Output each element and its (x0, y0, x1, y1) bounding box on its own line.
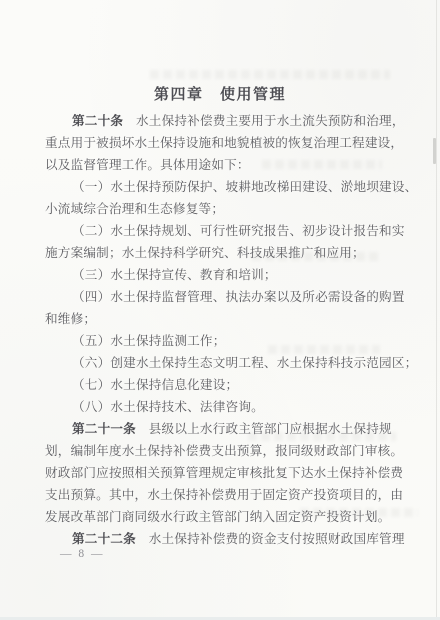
line-text: （六）创建水土保持生态文明工程、水土保持科技示范园区； (72, 356, 417, 370)
article-number-label: 第二十条 (72, 114, 123, 128)
text-line: 财政部门应按照相关预算管理规定审核批复下达水土保持补偿费 (45, 462, 401, 484)
text-line: （五）水土保持监测工作； (45, 330, 401, 352)
text-line: 第二十二条 水土保持补偿费的资金支付按照财政国库管理 (45, 528, 401, 550)
chapter-heading: 第四章 使用管理 (0, 83, 440, 104)
text-line: （四）水土保持监督管理、执法办案以及所必需设备的购置 (45, 286, 401, 308)
text-line: 以及监督管理工作。具体用途如下： (45, 154, 401, 176)
line-text: 以及监督管理工作。具体用途如下： (45, 158, 250, 172)
line-text: 县级以上水行政主管部门应根据水土保持规 (136, 422, 392, 436)
scan-edge-artifact (433, 138, 436, 164)
scan-edge-line (436, 0, 437, 617)
text-line: （八）水土保持技术、法律咨询。 (45, 396, 401, 418)
text-line: 施方案编制；水土保持科学研究、科技成果推广和应用； (45, 242, 401, 264)
line-text: 支出预算。其中，水土保持补偿费用于固定资产投资项目的，由 (45, 488, 403, 502)
text-block: 第二十条 水土保持补偿费主要用于水土流失预防和治理， 重点用于被损坏水土保持设施… (45, 110, 401, 550)
text-line: 发展改革部门商同级水行政主管部门纳入固定资产投资计划。 (45, 506, 401, 528)
line-text: （一）水土保持预防保护、坡耕地改梯田建设、淤地坝建设、 (72, 180, 417, 194)
text-line: （二）水土保持规划、可行性研究报告、初步设计报告和实 (45, 220, 401, 242)
ink-bleed-artifact (150, 70, 390, 79)
line-text: 重点用于被损坏水土保持设施和地貌植被的恢复治理工程建设， (45, 136, 403, 150)
line-text: （二）水土保持规划、可行性研究报告、初步设计报告和实 (72, 224, 405, 238)
article-number-label: 第二十一条 (72, 422, 136, 436)
text-line: 小流域综合治理和生态修复等； (45, 198, 401, 220)
text-line: （一）水土保持预防保护、坡耕地改梯田建设、淤地坝建设、 (45, 176, 401, 198)
line-text: 小流域综合治理和生态修复等； (45, 202, 224, 216)
line-text: （四）水土保持监督管理、执法办案以及所必需设备的购置 (72, 290, 405, 304)
page-number: — 8 — (60, 548, 105, 560)
line-text: （七）水土保持信息化建设； (72, 378, 238, 392)
text-line: 第二十条 水土保持补偿费主要用于水土流失预防和治理， (45, 110, 401, 132)
text-line: 支出预算。其中，水土保持补偿费用于固定资产投资项目的，由 (45, 484, 401, 506)
line-text: （五）水土保持监测工作； (72, 334, 226, 348)
text-line: 第二十一条 县级以上水行政主管部门应根据水土保持规 (45, 418, 401, 440)
text-line: （三）水土保持宣传、教育和培训； (45, 264, 401, 286)
line-text: （八）水土保持技术、法律咨询。 (72, 400, 264, 414)
scanned-document-page: 第四章 使用管理 第二十条 水土保持补偿费主要用于水土流失预防和治理， 重点用于… (0, 0, 440, 620)
line-text: （三）水土保持宣传、教育和培训； (72, 268, 277, 282)
line-text: 财政部门应按照相关预算管理规定审核批复下达水土保持补偿费 (45, 466, 403, 480)
article-number-label: 第二十二条 (72, 532, 136, 546)
line-text: 发展改革部门商同级水行政主管部门纳入固定资产投资计划。 (45, 510, 390, 524)
text-line: （六）创建水土保持生态文明工程、水土保持科技示范园区； (45, 352, 401, 374)
line-text: 和维修； (45, 312, 96, 326)
line-text: 水土保持补偿费主要用于水土流失预防和治理， (123, 114, 404, 128)
line-text: 施方案编制；水土保持科学研究、科技成果推广和应用； (45, 246, 365, 260)
text-line: （七）水土保持信息化建设； (45, 374, 401, 396)
text-line: 划，编制年度水土保持补偿费支出预算，报同级财政部门审核。 (45, 440, 401, 462)
line-text: 划，编制年度水土保持补偿费支出预算，报同级财政部门审核。 (45, 444, 403, 458)
text-line: 重点用于被损坏水土保持设施和地貌植被的恢复治理工程建设， (45, 132, 401, 154)
line-text: 水土保持补偿费的资金支付按照财政国库管理 (136, 532, 405, 546)
text-line: 和维修； (45, 308, 401, 330)
